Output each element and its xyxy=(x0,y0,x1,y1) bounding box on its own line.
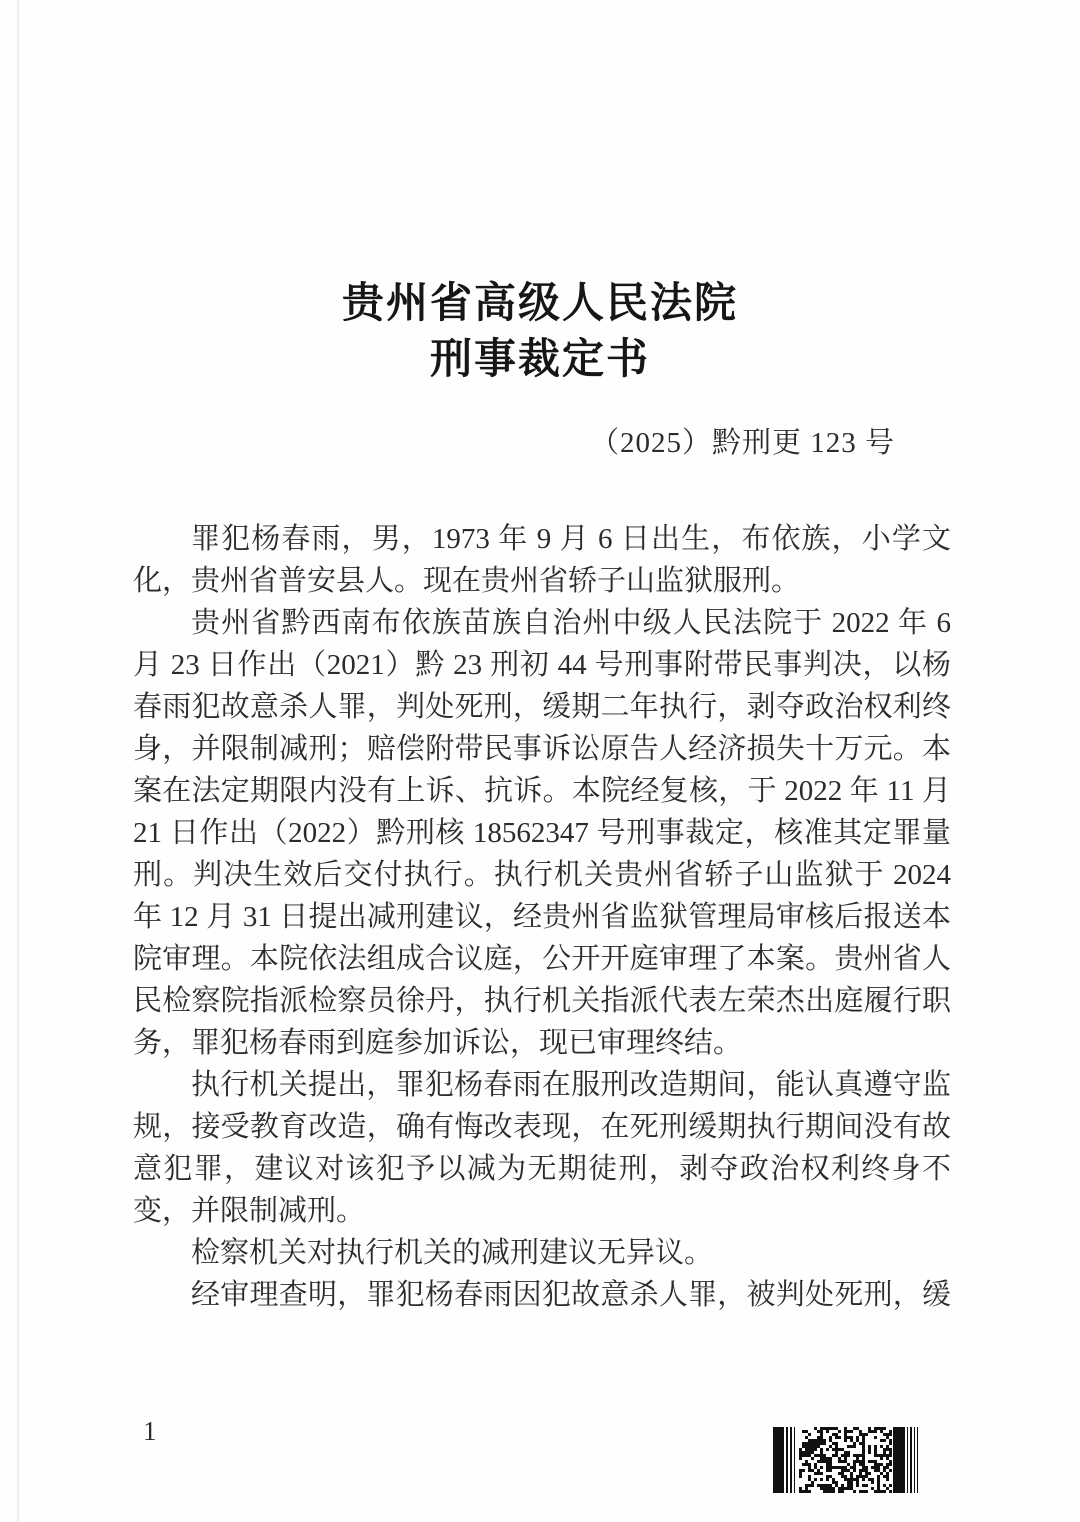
case-number: （2025）黔刑更 123 号 xyxy=(590,420,895,461)
document-line: 院审理。本院依法组成合议庭，公开开庭审理了本案。贵州省人 xyxy=(133,938,951,980)
document-line: 化，贵州省普安县人。现在贵州省轿子山监狱服刑。 xyxy=(133,560,951,602)
document-line: 执行机关提出，罪犯杨春雨在服刑改造期间，能认真遵守监 xyxy=(133,1064,951,1106)
document-line: 贵州省黔西南布依族苗族自治州中级人民法院于 2022 年 6 xyxy=(133,602,951,644)
document-line: 21 日作出（2022）黔刑核 18562347 号刑事裁定，核准其定罪量 xyxy=(133,812,951,854)
barcode-pdf417-icon xyxy=(773,1427,923,1493)
document-title: 贵州省高级人民法院 刑事裁定书 xyxy=(130,276,950,388)
document-line: 月 23 日作出（2021）黔 23 刑初 44 号刑事附带民事判决，以杨 xyxy=(133,644,951,686)
document-line: 规，接受教育改造，确有悔改表现，在死刑缓期执行期间没有故 xyxy=(133,1106,951,1148)
document-line: 检察机关对执行机关的减刑建议无异议。 xyxy=(133,1232,951,1274)
document-body: 罪犯杨春雨，男，1973 年 9 月 6 日出生，布依族，小学文化，贵州省普安县… xyxy=(133,518,951,1316)
document-line: 罪犯杨春雨，男，1973 年 9 月 6 日出生，布依族，小学文 xyxy=(133,518,951,560)
document-line: 身，并限制减刑；赔偿附带民事诉讼原告人经济损失十万元。本 xyxy=(133,728,951,770)
court-name: 贵州省高级人民法院 xyxy=(130,276,950,332)
document-line: 春雨犯故意杀人罪，判处死刑，缓期二年执行，剥夺政治权利终 xyxy=(133,686,951,728)
document-line: 民检察院指派检察员徐丹，执行机关指派代表左荣杰出庭履行职 xyxy=(133,980,951,1022)
document-line: 务，罪犯杨春雨到庭参加诉讼，现已审理终结。 xyxy=(133,1022,951,1064)
document-type: 刑事裁定书 xyxy=(130,332,950,388)
document-line: 意犯罪，建议对该犯予以减为无期徒刑，剥夺政治权利终身不 xyxy=(133,1148,951,1190)
document-page: 贵州省高级人民法院 刑事裁定书 （2025）黔刑更 123 号 罪犯杨春雨，男，… xyxy=(0,0,1080,1522)
page-number: 1 xyxy=(143,1416,157,1447)
document-line: 变，并限制减刑。 xyxy=(133,1190,951,1232)
scan-edge-line xyxy=(17,0,19,1522)
document-line: 案在法定期限内没有上诉、抗诉。本院经复核，于 2022 年 11 月 xyxy=(133,770,951,812)
document-line: 刑。判决生效后交付执行。执行机关贵州省轿子山监狱于 2024 xyxy=(133,854,951,896)
document-line: 年 12 月 31 日提出减刑建议，经贵州省监狱管理局审核后报送本 xyxy=(133,896,951,938)
document-line: 经审理查明，罪犯杨春雨因犯故意杀人罪，被判处死刑，缓 xyxy=(133,1274,951,1316)
